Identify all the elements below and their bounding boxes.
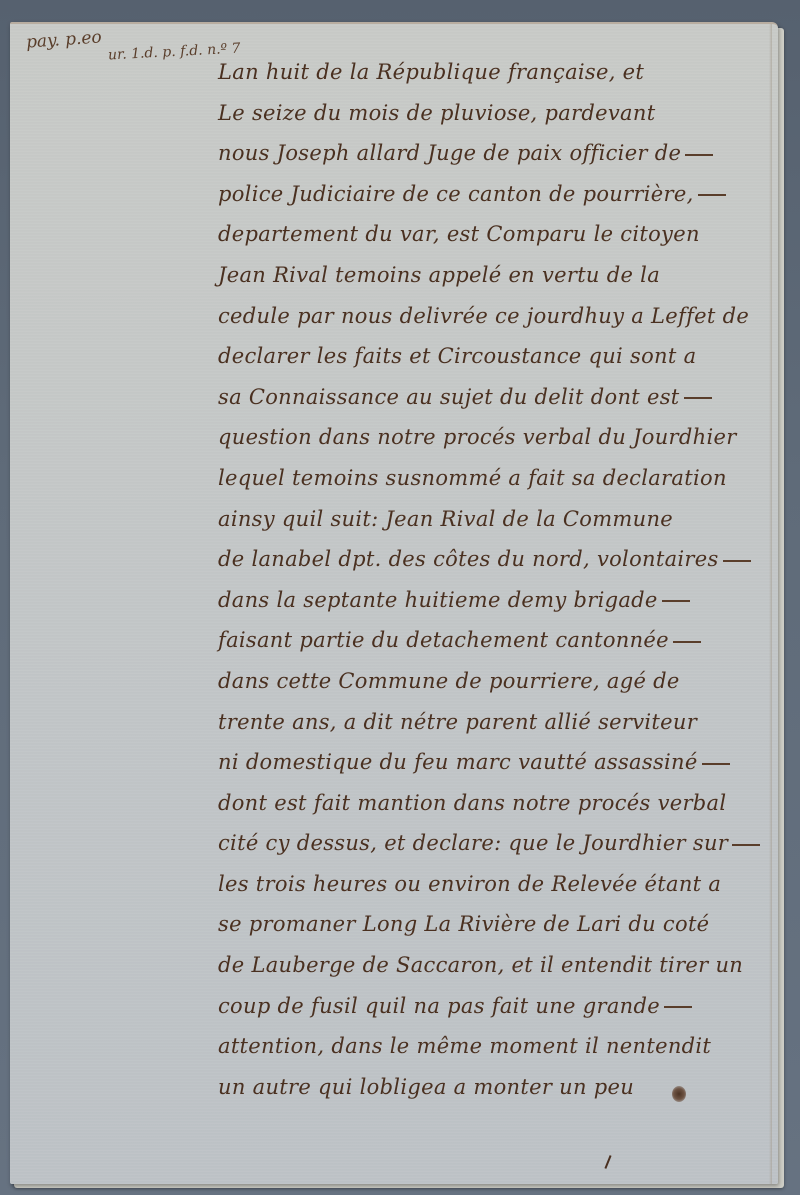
line-filler-dash — [664, 1006, 692, 1008]
text-line: Le seize du mois de pluviose, pardevant — [218, 93, 788, 134]
text-line: ni domestique du feu marc vautté assassi… — [218, 742, 788, 783]
line-filler-dash — [732, 844, 760, 846]
text-line: cité cy dessus, et declare: que le Jourd… — [218, 823, 788, 864]
text-line: police Judiciaire de ce canton de pourri… — [218, 174, 788, 215]
text-line: un autre qui lobligea a monter un peu — [218, 1067, 788, 1108]
manuscript-body: Lan huit de la République française, et … — [218, 52, 788, 1107]
text-line: ainsy quil suit: Jean Rival de la Commun… — [218, 499, 788, 540]
ink-blot — [672, 1086, 686, 1102]
text-line: dont est fait mantion dans notre procés … — [218, 783, 788, 824]
text-line: Lan huit de la République française, et — [218, 52, 788, 93]
text-line: coup de fusil quil na pas fait une grand… — [218, 986, 788, 1027]
line-filler-dash — [723, 560, 751, 562]
text-line: lequel temoins susnommé a fait sa declar… — [218, 458, 788, 499]
text-line: dans la septante huitieme demy brigade — [218, 580, 788, 621]
line-filler-dash — [685, 154, 713, 156]
text-line: de Lauberge de Saccaron, et il entendit … — [218, 945, 788, 986]
line-filler-dash — [684, 397, 712, 399]
scan-background: pay. p.eo ur. 1.d. p. f.d. n.º 7 Lan hui… — [0, 0, 800, 1195]
text-line: nous Joseph allard Juge de paix officier… — [218, 133, 788, 174]
text-line: de lanabel dpt. des côtes du nord, volon… — [218, 539, 788, 580]
text-line: cedule par nous delivrée ce jourdhuy a L… — [218, 296, 788, 337]
text-line: sa Connaissance au sujet du delit dont e… — [218, 377, 788, 418]
text-line: trente ans, a dit nétre parent allié ser… — [218, 702, 788, 743]
text-line: attention, dans le même moment il nenten… — [218, 1026, 788, 1067]
text-line: departement du var, est Comparu le citoy… — [218, 214, 788, 255]
text-line: faisant partie du detachement cantonnée — [218, 620, 788, 661]
text-line: se promaner Long La Rivière de Lari du c… — [218, 904, 788, 945]
text-line: declarer les faits et Circoustance qui s… — [218, 336, 788, 377]
text-line: les trois heures ou environ de Relevée é… — [218, 864, 788, 905]
text-line: Jean Rival temoins appelé en vertu de la — [218, 255, 788, 296]
line-filler-dash — [698, 194, 726, 196]
line-filler-dash — [702, 763, 730, 765]
line-filler-dash — [673, 641, 701, 643]
text-line: question dans notre procés verbal du Jou… — [218, 417, 788, 458]
text-line: dans cette Commune de pourriere, agé de — [218, 661, 788, 702]
line-filler-dash — [662, 600, 690, 602]
